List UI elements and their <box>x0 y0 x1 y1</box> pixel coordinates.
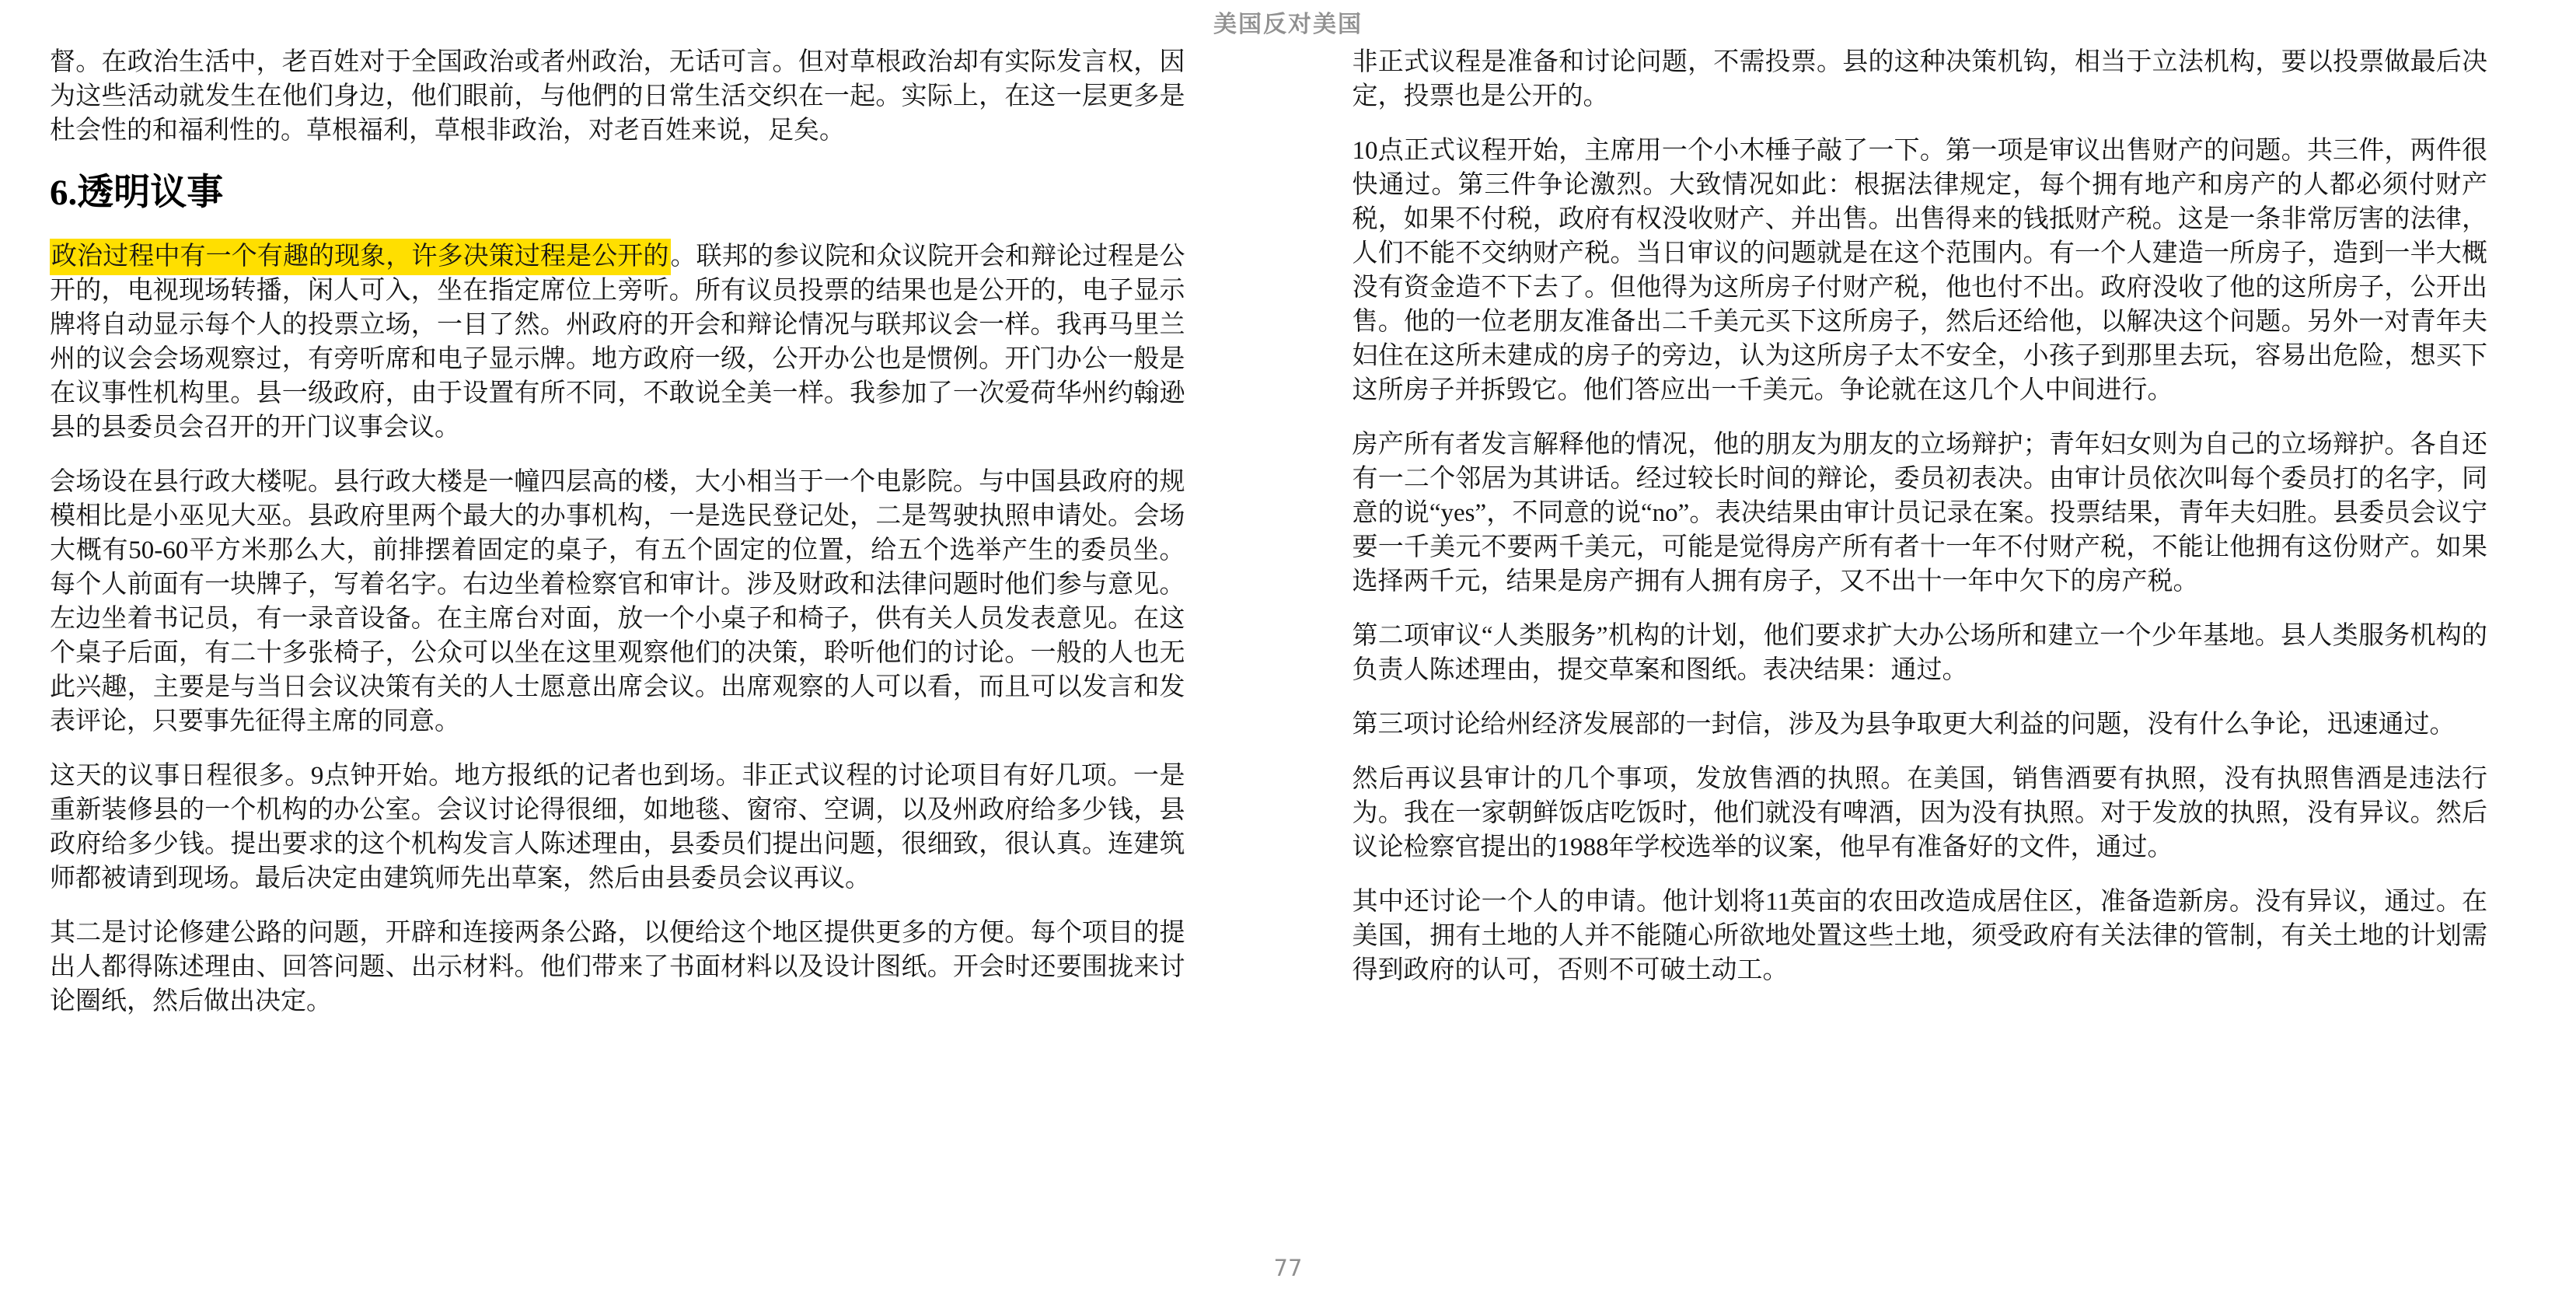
paragraph-continuation: 督。在政治生活中，老百姓对于全国政治或者州政治，无话可言。但对草根政治却有实际发… <box>50 45 1185 148</box>
paragraph: 会场设在县行政大楼呢。县行政大楼是一幢四层高的楼，大小相当于一个电影院。与中国县… <box>50 465 1185 739</box>
book-reader-page: { "header": { "title": "美国反对美国" }, "foot… <box>0 0 2576 1289</box>
left-page-column: 督。在政治生活中，老百姓对于全国政治或者州政治，无话可言。但对草根政治却有实际发… <box>50 45 1185 1039</box>
page-number: 77 <box>0 1255 2576 1281</box>
highlighted-text: 政治过程中有一个有趣的现象，许多决策过程是公开的 <box>50 239 671 275</box>
right-page-column: 非正式议程是准备和讨论问题，不需投票。县的这种决策机钩，相当于立法机构，要以投票… <box>1353 45 2488 1039</box>
paragraph: 10点正式议程开始，主席用一个小木棰子敲了一下。第一项是审议出售财产的问题。共三… <box>1353 134 2488 407</box>
paragraph: 房产所有者发言解释他的情况，他的朋友为朋友的立场辩护；青年妇女则为自己的立场辩护… <box>1353 428 2488 599</box>
paragraph-with-highlight: 政治过程中有一个有趣的现象，许多决策过程是公开的。联邦的参议院和众议院开会和辩论… <box>50 239 1185 445</box>
paragraph: 第三项讨论给州经济发展部的一封信，涉及为县争取更大利益的问题，没有什么争论，迅速… <box>1353 707 2488 742</box>
two-column-text-layout: 督。在政治生活中，老百姓对于全国政治或者州政治，无话可言。但对草根政治却有实际发… <box>50 45 2487 1039</box>
paragraph: 其二是讨论修建公路的问题，开辟和连接两条公路，以便给这个地区提供更多的方便。每个… <box>50 916 1185 1018</box>
paragraph: 第二项审议“人类服务”机构的计划，他们要求扩大办公场所和建立一个少年基地。县人类… <box>1353 619 2488 687</box>
running-header-title: 美国反对美国 <box>0 5 2576 39</box>
paragraph: 这天的议事日程很多。9点钟开始。地方报纸的记者也到场。非正式议程的讨论项目有好几… <box>50 759 1185 896</box>
paragraph: 其中还讨论一个人的申请。他计划将11英亩的农田改造成居住区，准备造新房。没有异议… <box>1353 885 2488 987</box>
paragraph: 非正式议程是准备和讨论问题，不需投票。县的这种决策机钩，相当于立法机构，要以投票… <box>1353 45 2488 114</box>
section-heading: 6.透明议事 <box>50 171 1185 215</box>
paragraph: 然后再议县审计的几个事项，发放售酒的执照。在美国，销售酒要有执照，没有执照售酒是… <box>1353 762 2488 865</box>
